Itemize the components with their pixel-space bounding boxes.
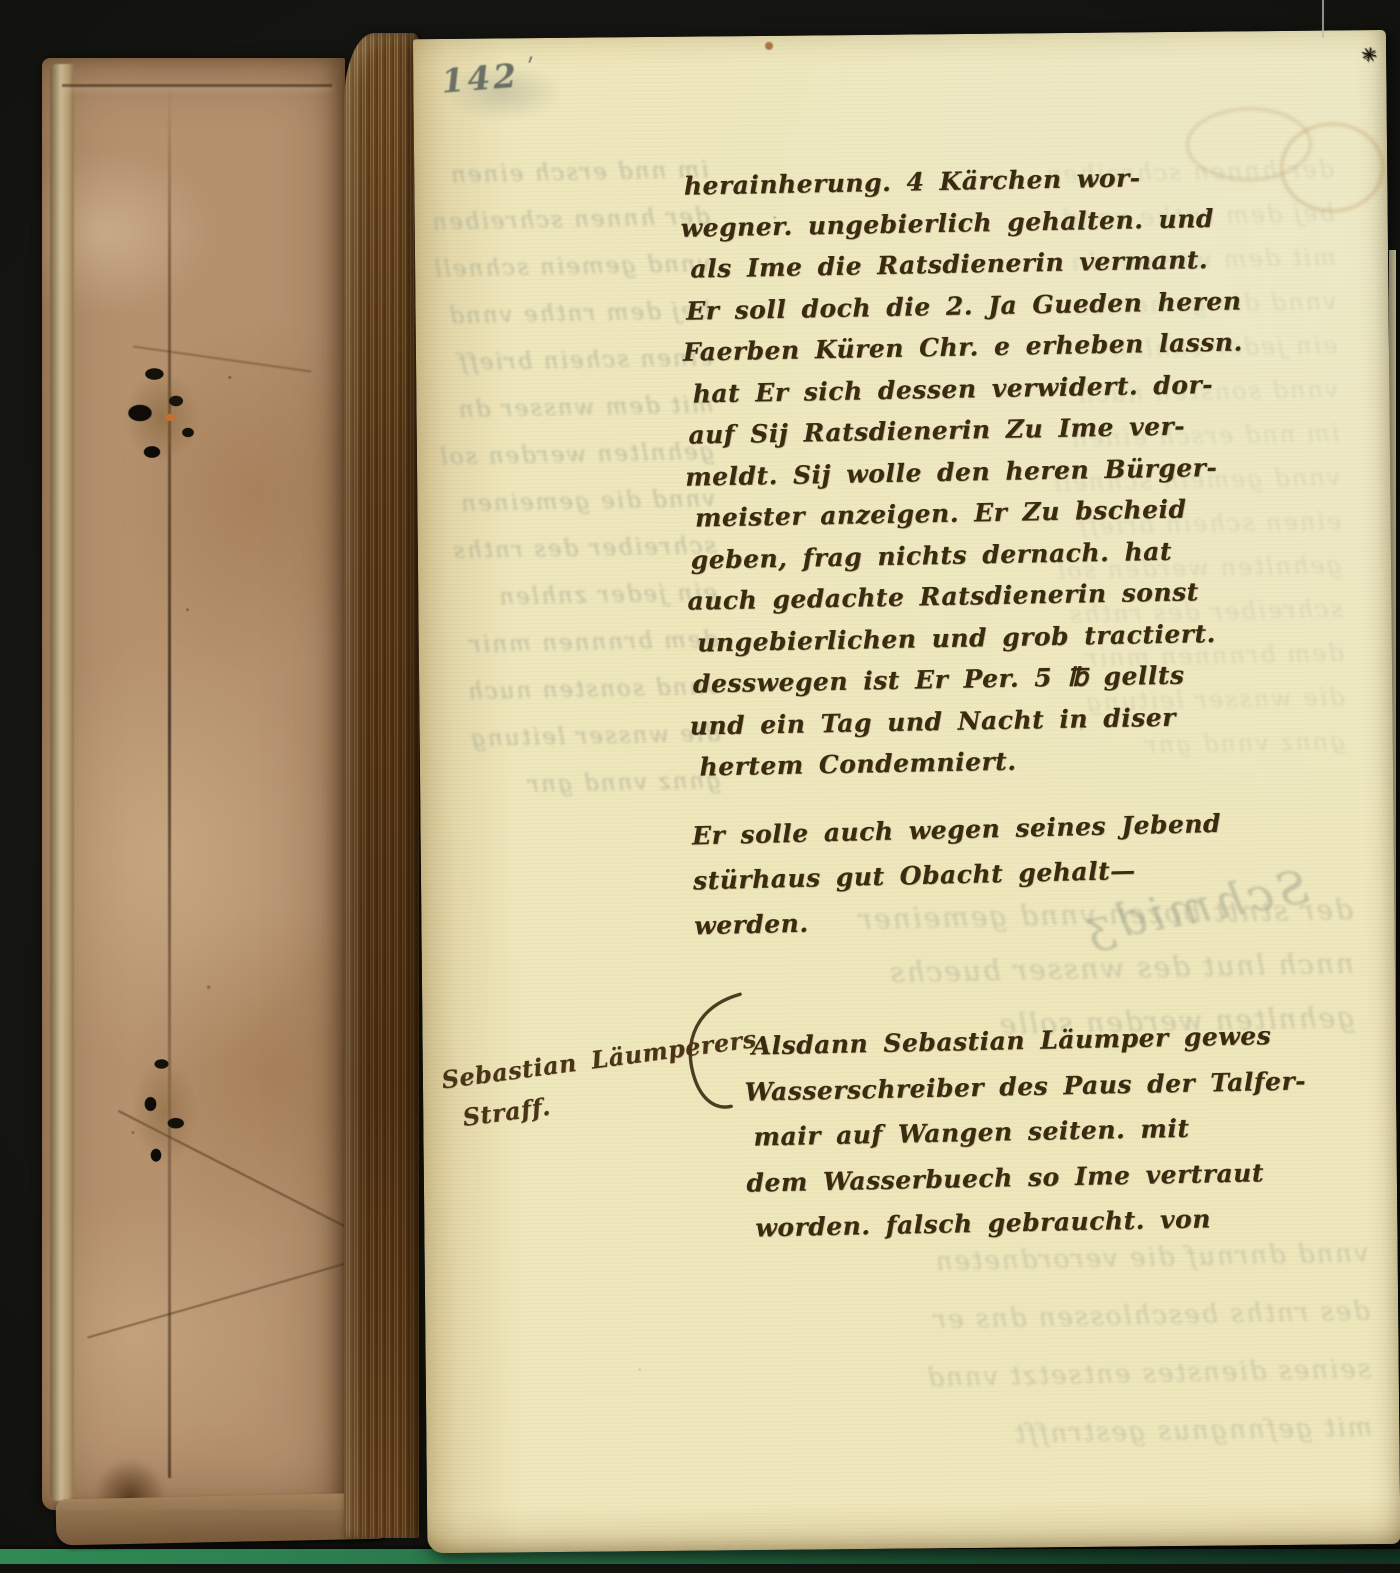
bleedthrough-line: vnnd die gemeinen — [435, 476, 716, 529]
cover-top-fold-line — [62, 84, 332, 87]
entry-upper-paragraph: herainherung. 4 Kärchen wor- wegner. ung… — [683, 153, 1364, 788]
entry-lower-paragraph: Alsdann Sebastian Läumper gewes Wassersc… — [751, 1010, 1400, 1250]
bleedthrough-line: einen schein brieff — [432, 335, 713, 388]
cover-vertical-crease — [168, 88, 171, 1478]
bleedthrough-column: im nnd ersch einen der hnnen schreiben v… — [428, 147, 722, 852]
book-block-page-edges — [344, 33, 419, 1538]
bleedthrough-line: der hnnen schreiben — [429, 194, 710, 247]
folio-number: 142 — [440, 56, 521, 101]
manuscript-folio: 142 ʹ ✳ im nnd ersch einen der hnnen sch… — [413, 30, 1400, 1553]
bleedthrough-line: im nnd ersch einen — [428, 147, 709, 200]
bleedthrough-line: dem brnnnen mnir — [438, 617, 719, 670]
parchment-cover — [42, 58, 345, 1510]
cover-bottom-turnup — [56, 1493, 387, 1546]
cover-turnin-fold — [50, 64, 74, 1501]
cover-damage-hole-lower — [112, 1040, 222, 1200]
green-table-edge — [0, 1549, 1400, 1564]
entry-order-paragraph: Er solle auch wegen seines Jebend stürha… — [691, 798, 1364, 949]
bleedthrough-line: vnnd gemein schnell — [430, 241, 711, 294]
bleedthrough-bottom: vnnd dnrnuf die verordneten des rnths be… — [648, 1224, 1373, 1478]
bleedthrough-line: gnnz vnnd gnr — [441, 758, 722, 811]
bleedthrough-line: ein jeder znhlen — [437, 570, 718, 623]
cover-damage-hole-upper — [104, 350, 224, 500]
bleedthrough-line: mit dem wnsser dn — [433, 382, 714, 435]
bleedthrough-line: die wnsser leitung — [440, 711, 721, 764]
ink-blot-mark: ✳ — [1359, 43, 1380, 68]
bleedthrough-line: schreiber des rnths — [436, 523, 717, 576]
fox-spot — [765, 42, 773, 50]
manuscript-photo: 142 ʹ ✳ im nnd ersch einen der hnnen sch… — [0, 0, 1400, 1573]
margin-note: Sebastian Läumperers Straff. — [439, 1019, 764, 1140]
cover-diagonal-crease — [87, 1259, 357, 1338]
bleedthrough-line: gehnlten werden sol — [434, 429, 715, 482]
bleedthrough-line: vnnd sonsten nuch — [439, 664, 720, 717]
hanging-thread — [1322, 0, 1324, 38]
bleedthrough-line: bej dem rnthe vnnd — [431, 288, 712, 341]
